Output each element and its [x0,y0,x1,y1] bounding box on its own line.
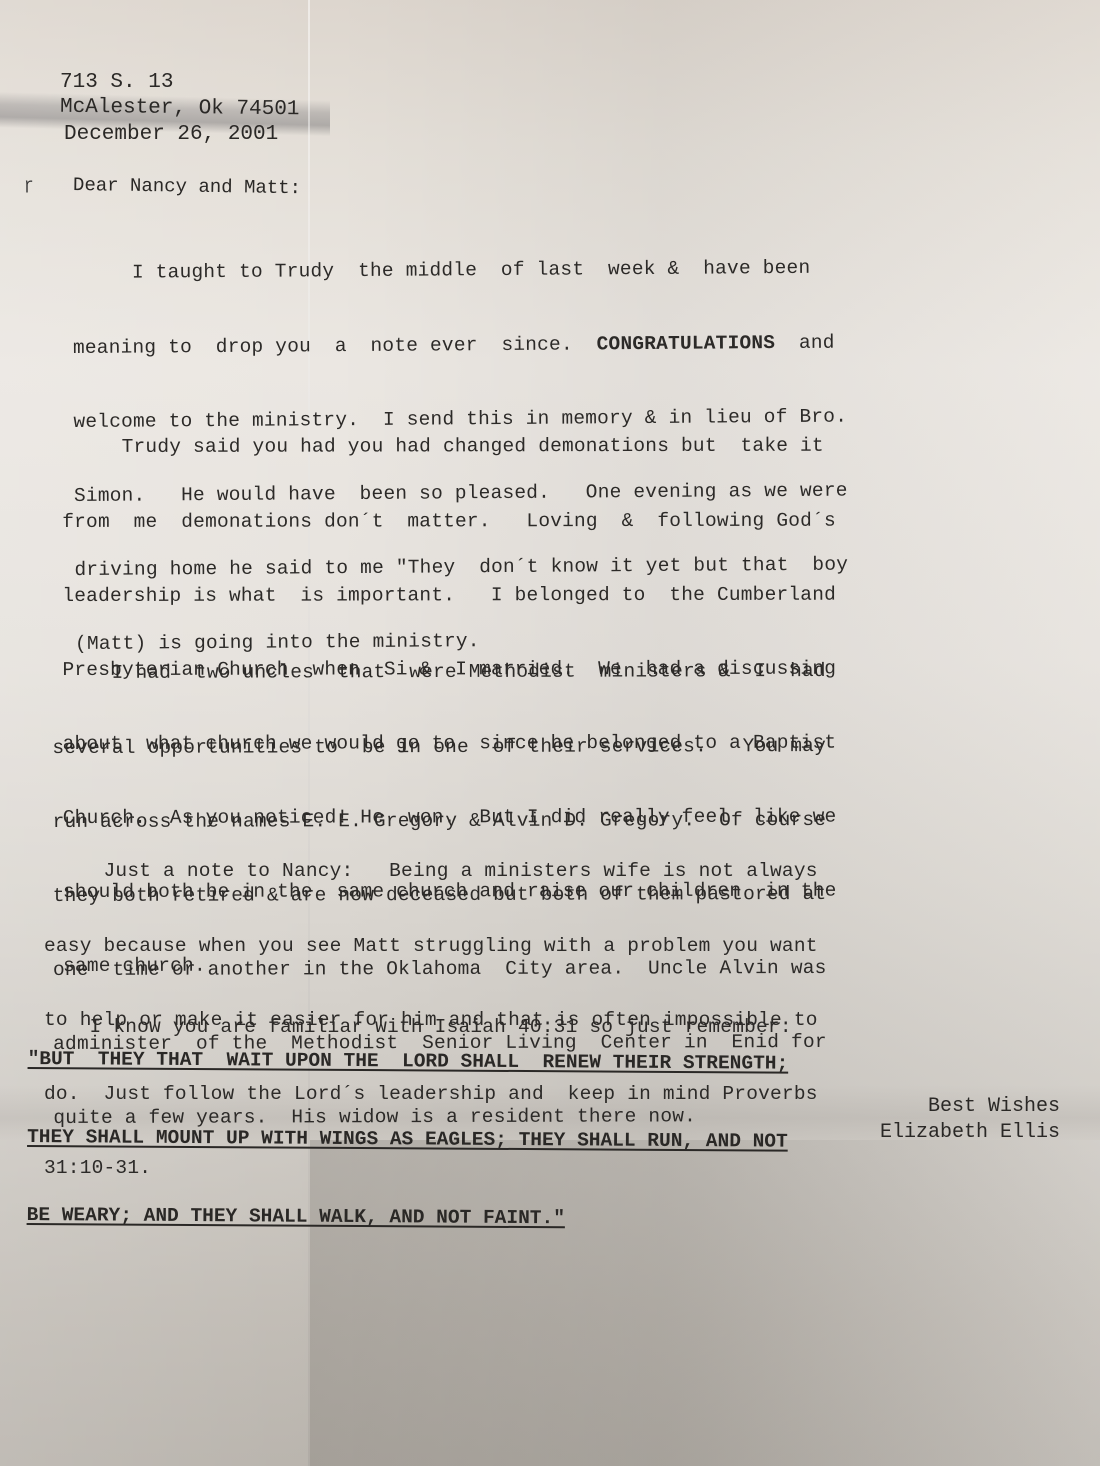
line-text: meaning to drop you a note ever since. [73,333,597,359]
paragraph-line: easy because when you see Matt strugglin… [44,934,818,959]
paragraph-line: Trudy said you had you had changed demon… [62,434,836,460]
address-street: 713 S. 13 [60,70,299,96]
quote-line: BE WEARY; AND THEY SHALL WALK, AND NOT F… [27,1202,788,1233]
paragraph-line: from me demonations don´t matter. Loving… [62,508,836,534]
paragraph-line: I had two uncles that were Methodist min… [52,659,826,686]
signature: Elizabeth Ellis [880,1120,1060,1146]
margin-pen-mark: ɼ [24,176,34,194]
paragraph-line: meaning to drop you a note ever since. C… [73,330,847,360]
sender-address-block: 713 S. 13 McAlester, Ok 74501 December 2… [60,70,299,148]
paragraph-line: I taught to Trudy the middle of last wee… [72,256,846,286]
scripture-quote: "BUT THEY THAT WAIT UPON THE LORD SHALL … [26,994,788,1285]
salutation: Dear Nancy and Matt: [73,174,301,199]
quote-line: "BUT THEY THAT WAIT UPON THE LORD SHALL … [28,1046,789,1077]
line-text: and [775,331,835,353]
letter-date: December 26, 2001 [64,122,299,148]
paragraph-line: several opportunities to be in one of th… [52,733,826,760]
quote-text: "BUT THEY THAT WAIT UPON THE LORD SHALL … [28,1048,789,1075]
address-city: McAlester, Ok 74501 [60,95,300,124]
paragraph-line: leadership is what is important. I belon… [62,582,836,608]
closing-block: Best Wishes Elizabeth Ellis [880,1094,1060,1146]
quote-text: THEY SHALL MOUNT UP WITH WINGS AS EAGLES… [27,1126,788,1153]
valediction: Best Wishes [880,1094,1060,1120]
congratulations-emphasis: CONGRATULATIONS [597,332,776,355]
paragraph-line: Just a note to Nancy: Being a ministers … [44,859,818,884]
quote-line: THEY SHALL MOUNT UP WITH WINGS AS EAGLES… [27,1124,788,1155]
quote-text: BE WEARY; AND THEY SHALL WALK, AND NOT F… [27,1204,565,1229]
